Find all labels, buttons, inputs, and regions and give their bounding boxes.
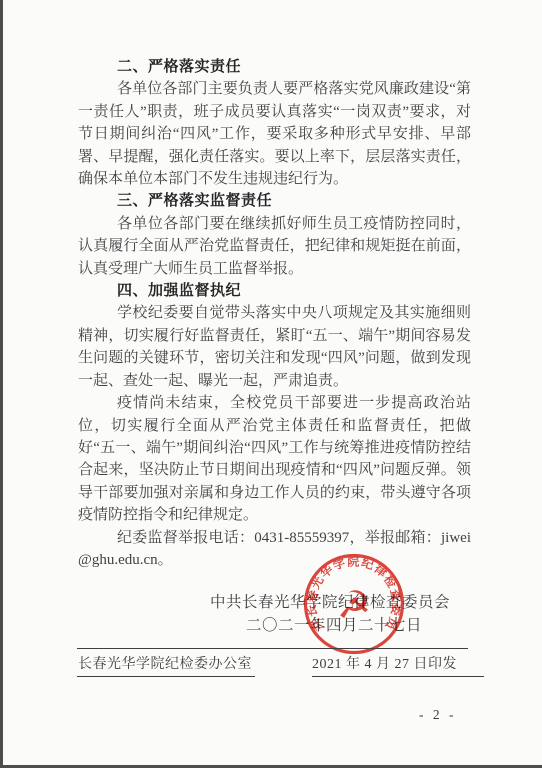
document-page: 二、严格落实责任各单位各部门主要负责人要严格落实党风廉政建设“第一责任人”职责，…: [0, 0, 542, 768]
footer-top-rule: [77, 648, 468, 649]
section-heading: 四、加强监督执纪: [78, 280, 471, 302]
footer-issuing-office: 长春光华学院纪检委办公室: [77, 653, 255, 677]
contact-line: 纪委监督举报电话：0431-85559397，举报邮箱：jiwei@ghu.ed…: [78, 527, 471, 572]
page-number: - 2 -: [419, 707, 457, 723]
footer-print-date: 2021 年 4 月 27 日印发: [312, 653, 484, 677]
body-paragraph: 疫情尚未结束，全校党员干部要进一步提高政治站位，切实履行全面从严治党主体责任和监…: [78, 392, 471, 526]
scan-edge-artifact-left: [0, 0, 3, 768]
signature-organization: 中共长春光华学院纪律检查委员会: [210, 592, 450, 615]
body-paragraph: 学校纪委要自觉带头落实中央八项规定及其实施细则精神，切实履行好监督责任，紧盯“五…: [78, 302, 471, 392]
section-heading: 二、严格落实责任: [78, 56, 471, 78]
section-heading: 三、严格落实监督责任: [78, 190, 471, 212]
signature-block: 中共长春光华学院纪律检查委员会 二〇二一年四月二十七日: [210, 592, 450, 637]
document-content: 二、严格落实责任各单位各部门主要负责人要严格落实党风廉政建设“第一责任人”职责，…: [78, 56, 471, 571]
body-paragraph: 各单位各部门要在继续抓好师生员工疫情防控同时，认真履行全面从严治党监督责任，把纪…: [78, 213, 471, 280]
body-paragraph: 各单位各部门主要负责人要严格落实党风廉政建设“第一责任人”职责，班子成员要认真落…: [78, 78, 471, 190]
signature-date: 二〇二一年四月二十七日: [210, 615, 450, 638]
document-sections: 二、严格落实责任各单位各部门主要负责人要严格落实党风廉政建设“第一责任人”职责，…: [78, 56, 471, 527]
